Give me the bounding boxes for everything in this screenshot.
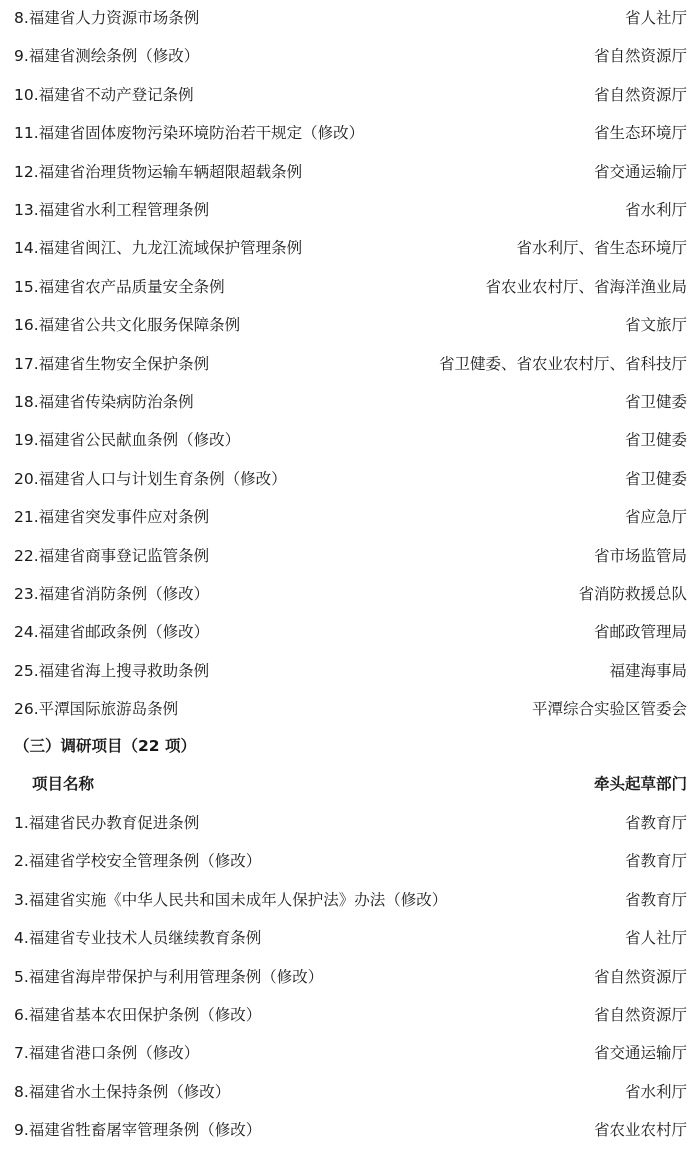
list-item: 14.福建省闽江、九龙江流域保护管理条例省水利厅、省生态环境厅 — [0, 229, 700, 267]
item-name: 18.福建省传染病防治条例 — [14, 383, 194, 421]
item-name: 12.福建省治理货物运输车辆超限超载条例 — [14, 153, 302, 191]
item-name: 3.福建省实施《中华人民共和国未成年人保护法》办法（修改） — [14, 881, 447, 919]
item-dept: 省自然资源厅 — [594, 996, 687, 1034]
item-dept: 省文旅厅 — [625, 306, 687, 344]
list-item: 3.福建省实施《中华人民共和国未成年人保护法》办法（修改）省教育厅 — [0, 881, 700, 919]
list-item: 10.福建省不动产登记条例省自然资源厅 — [0, 76, 700, 114]
item-dept: 省邮政管理局 — [594, 613, 687, 651]
item-name: 25.福建省海上搜寻救助条例 — [14, 652, 209, 690]
item-dept: 省教育厅 — [625, 804, 687, 842]
item-dept: 省卫健委、省农业农村厅、省科技厅 — [439, 345, 687, 383]
item-name: 4.福建省专业技术人员继续教育条例 — [14, 919, 261, 957]
item-name: 2.福建省学校安全管理条例（修改） — [14, 842, 261, 880]
list-item: 7.福建省港口条例（修改）省交通运输厅 — [0, 1034, 700, 1072]
item-name: 26.平潭国际旅游岛条例 — [14, 690, 178, 728]
item-dept: 省交通运输厅 — [594, 153, 687, 191]
item-name: 20.福建省人口与计划生育条例（修改） — [14, 460, 287, 498]
item-name: 21.福建省突发事件应对条例 — [14, 498, 209, 536]
list-item: 15.福建省农产品质量安全条例省农业农村厅、省海洋渔业局 — [0, 268, 700, 306]
item-name: 16.福建省公共文化服务保障条例 — [14, 306, 240, 344]
item-dept: 福建海事局 — [609, 652, 687, 690]
item-name: 9.福建省测绘条例（修改） — [14, 37, 199, 75]
list-item: 17.福建省生物安全保护条例省卫健委、省农业农村厅、省科技厅 — [0, 345, 700, 383]
list-item: 16.福建省公共文化服务保障条例省文旅厅 — [0, 306, 700, 344]
item-name: 24.福建省邮政条例（修改） — [14, 613, 209, 651]
item-dept: 省生态环境厅 — [594, 114, 687, 152]
list-item: 20.福建省人口与计划生育条例（修改）省卫健委 — [0, 460, 700, 498]
item-name: 5.福建省海岸带保护与利用管理条例（修改） — [14, 958, 323, 996]
item-dept: 省卫健委 — [625, 383, 687, 421]
item-name: 11.福建省固体废物污染环境防治若干规定（修改） — [14, 114, 364, 152]
item-dept: 省人社厅 — [625, 0, 687, 37]
item-name: 15.福建省农产品质量安全条例 — [14, 268, 225, 306]
item-dept: 省应急厅 — [625, 498, 687, 536]
list-item: 26.平潭国际旅游岛条例平潭综合实验区管委会 — [0, 690, 700, 728]
list-item: 25.福建省海上搜寻救助条例福建海事局 — [0, 652, 700, 690]
item-name: 22.福建省商事登记监管条例 — [14, 537, 209, 575]
item-dept: 省教育厅 — [625, 842, 687, 880]
item-dept: 省水利厅、省生态环境厅 — [516, 229, 687, 267]
item-dept: 省交通运输厅 — [594, 1034, 687, 1072]
list-item: 2.福建省学校安全管理条例（修改）省教育厅 — [0, 842, 700, 880]
item-dept: 省自然资源厅 — [594, 76, 687, 114]
item-name: 7.福建省港口条例（修改） — [14, 1034, 199, 1072]
item-dept: 省卫健委 — [625, 460, 687, 498]
list-item: 22.福建省商事登记监管条例省市场监管局 — [0, 537, 700, 575]
item-dept: 省水利厅 — [625, 191, 687, 229]
list-item: 11.福建省固体废物污染环境防治若干规定（修改）省生态环境厅 — [0, 114, 700, 152]
item-dept: 省农业农村厅、省海洋渔业局 — [485, 268, 687, 306]
list-item: 9.福建省测绘条例（修改）省自然资源厅 — [0, 37, 700, 75]
item-name: 8.福建省人力资源市场条例 — [14, 0, 199, 37]
list-item: 23.福建省消防条例（修改）省消防救援总队 — [0, 575, 700, 613]
item-name: 9.福建省牲畜屠宰管理条例（修改） — [14, 1111, 261, 1149]
item-dept: 省农业农村厅 — [594, 1111, 687, 1149]
list-item: 5.福建省海岸带保护与利用管理条例（修改）省自然资源厅 — [0, 958, 700, 996]
list-item: 1.福建省民办教育促进条例省教育厅 — [0, 804, 700, 842]
list-item: 9.福建省牲畜屠宰管理条例（修改）省农业农村厅 — [0, 1111, 700, 1149]
column-header-name: 项目名称 — [32, 765, 94, 803]
item-name: 13.福建省水利工程管理条例 — [14, 191, 209, 229]
item-dept: 省教育厅 — [625, 881, 687, 919]
item-name: 1.福建省民办教育促进条例 — [14, 804, 199, 842]
list-item: 8.福建省水土保持条例（修改）省水利厅 — [0, 1073, 700, 1111]
column-header-dept: 牵头起草部门 — [594, 765, 687, 803]
item-name: 6.福建省基本农田保护条例（修改） — [14, 996, 261, 1034]
item-dept: 平潭综合实验区管委会 — [532, 690, 687, 728]
item-dept: 省自然资源厅 — [594, 37, 687, 75]
item-name: 17.福建省生物安全保护条例 — [14, 345, 209, 383]
list-item: 24.福建省邮政条例（修改）省邮政管理局 — [0, 613, 700, 651]
list-item: 12.福建省治理货物运输车辆超限超载条例省交通运输厅 — [0, 153, 700, 191]
item-name: 8.福建省水土保持条例（修改） — [14, 1073, 230, 1111]
list-item: 8.福建省人力资源市场条例省人社厅 — [0, 0, 700, 37]
section-title-research-projects: （三）调研项目（22 项） — [14, 727, 196, 765]
item-dept: 省消防救援总队 — [578, 575, 687, 613]
item-name: 14.福建省闽江、九龙江流域保护管理条例 — [14, 229, 302, 267]
list-item: 19.福建省公民献血条例（修改）省卫健委 — [0, 421, 700, 459]
item-dept: 省人社厅 — [625, 919, 687, 957]
item-dept: 省市场监管局 — [594, 537, 687, 575]
item-dept: 省自然资源厅 — [594, 958, 687, 996]
list-item: 18.福建省传染病防治条例省卫健委 — [0, 383, 700, 421]
item-dept: 省卫健委 — [625, 421, 687, 459]
list-item: 6.福建省基本农田保护条例（修改）省自然资源厅 — [0, 996, 700, 1034]
item-dept: 省水利厅 — [625, 1073, 687, 1111]
list-item: 4.福建省专业技术人员继续教育条例省人社厅 — [0, 919, 700, 957]
list-item: 13.福建省水利工程管理条例省水利厅 — [0, 191, 700, 229]
item-name: 19.福建省公民献血条例（修改） — [14, 421, 240, 459]
list-item: 21.福建省突发事件应对条例省应急厅 — [0, 498, 700, 536]
item-name: 23.福建省消防条例（修改） — [14, 575, 209, 613]
item-name: 10.福建省不动产登记条例 — [14, 76, 194, 114]
